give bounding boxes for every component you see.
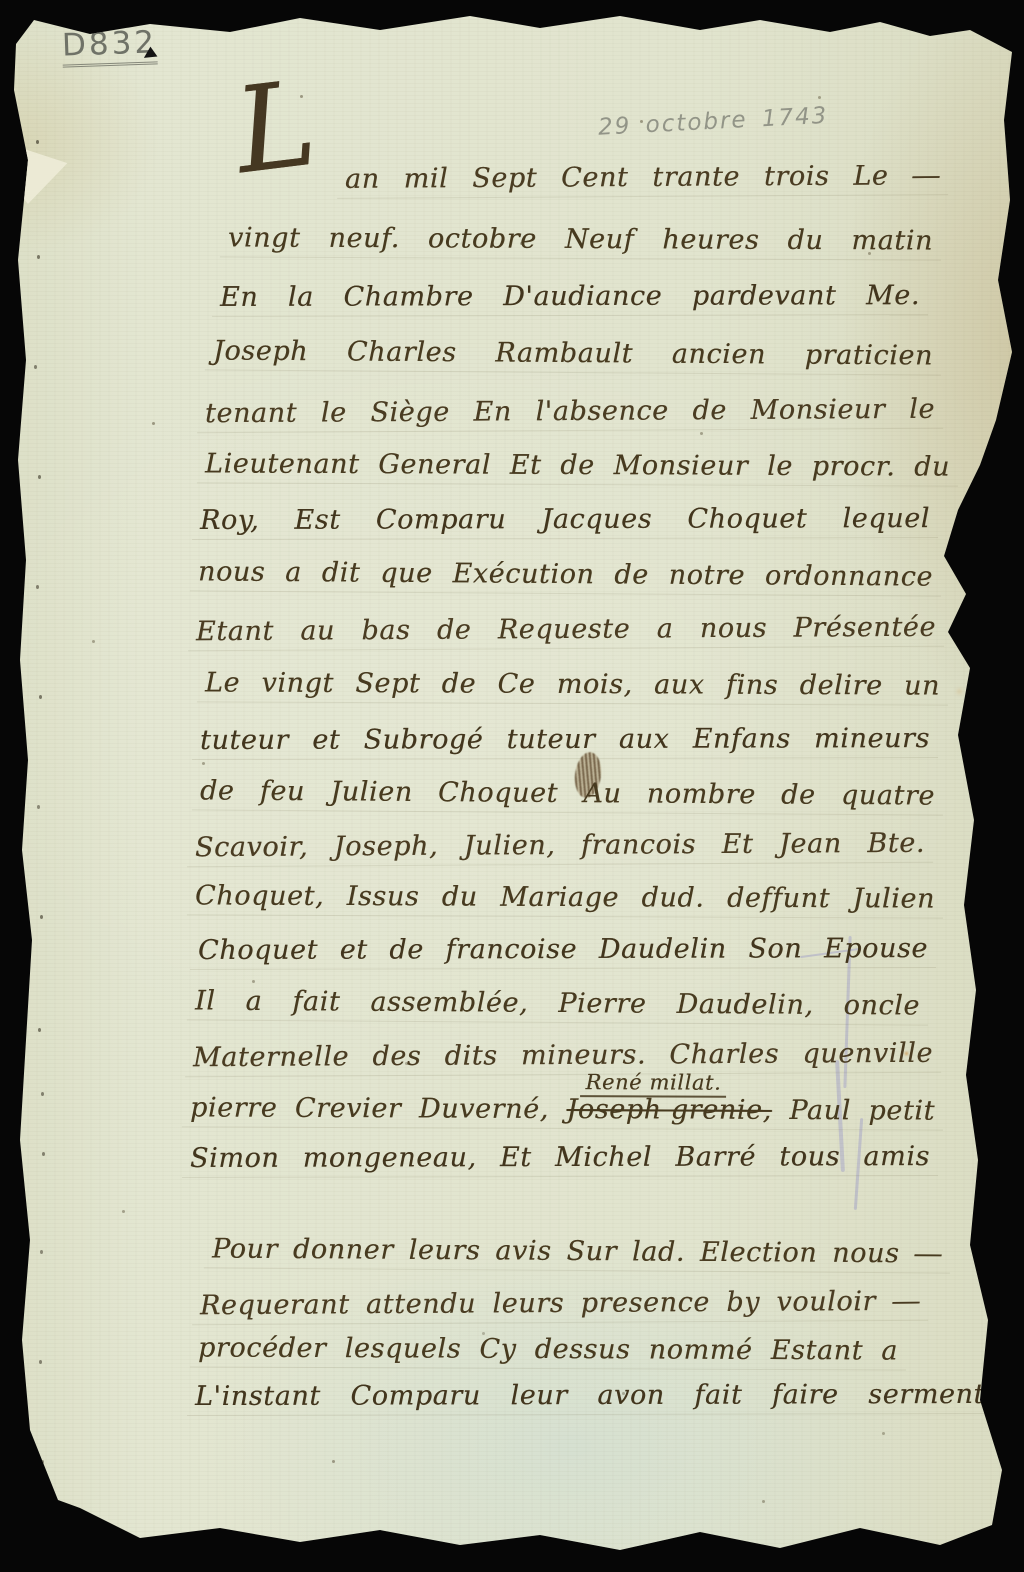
text-line: Le vingt Sept de Ce mois, aux fins delir… (205, 663, 940, 710)
text-line-with-correction: pierre Crevier Duverné, René millat.Jose… (190, 1088, 935, 1135)
text-line: Roy, Est Comparu Jacques Choquet lequel (200, 499, 930, 545)
correction-group: René millat.Joseph grenie, (566, 1090, 772, 1131)
initial-letter: L (229, 64, 321, 191)
manuscript-page: D832 29 octobre 1743 L an mil Sept Cent … (0, 0, 1024, 1572)
text-line: L'instant Comparu leur avon fait faire s… (195, 1375, 985, 1421)
archive-id-text: D832 (61, 24, 157, 67)
scan-background: D832 29 octobre 1743 L an mil Sept Cent … (0, 0, 1024, 1572)
text-line: Pour donner leurs avis Sur lad. Election… (212, 1229, 942, 1278)
text-line: de feu Julien Choquet Au nombre de quatr… (200, 771, 935, 820)
text-line: Il a fait assemblée, Pierre Daudelin, on… (195, 981, 920, 1030)
text-line: Choquet, Issus du Mariage dud. deffunt J… (195, 876, 935, 923)
text-line: an mil Sept Cent trante trois Le ― (345, 156, 940, 204)
text-line: tenant le Siège En l'absence de Monsieur… (205, 390, 935, 438)
text-line: Lieutenant General Et de Monsieur le pro… (205, 444, 950, 491)
inserted-correction: René millat. (581, 1071, 727, 1098)
text-line: procéder lesquels Cy dessus nommé Estant… (198, 1328, 898, 1375)
text-line: Etant au bas de Requeste a nous Présenté… (196, 608, 936, 657)
text-line: vingt neuf. octobre Neuf heures du matin (228, 218, 933, 265)
text-line: tuteur et Subrogé tuteur aux Enfans mine… (200, 719, 930, 765)
text-segment: pierre Crevier Duverné, (190, 1092, 567, 1125)
pencil-date-annotation: 29 octobre 1743 (597, 101, 858, 141)
text-line: Maternelle des dits mineurs. Charles que… (193, 1034, 933, 1083)
text-line: nous a dit que Exécution de notre ordonn… (198, 552, 933, 601)
foxing-specks (0, 0, 3, 3)
stitch-holes (36, 140, 39, 144)
text-line: En la Chambre D'audiance pardevant Me. (220, 276, 920, 322)
corner-fold (14, 142, 72, 204)
text-line: Joseph Charles Rambault ancien praticien (213, 331, 933, 380)
text-line: Simon mongeneau, Et Michel Barré tous am… (190, 1137, 930, 1183)
text-segment: Paul petit (772, 1095, 935, 1127)
struck-text: Joseph grenie, (566, 1094, 771, 1126)
text-line: Scavoir, Joseph, Julien, francois Et Jea… (195, 824, 925, 872)
archive-id-label: D832 (61, 24, 157, 63)
text-line: Requerant attendu leurs presence by voul… (200, 1282, 920, 1330)
text-line: Choquet et de francoise Daudelin Son Epo… (198, 929, 928, 975)
